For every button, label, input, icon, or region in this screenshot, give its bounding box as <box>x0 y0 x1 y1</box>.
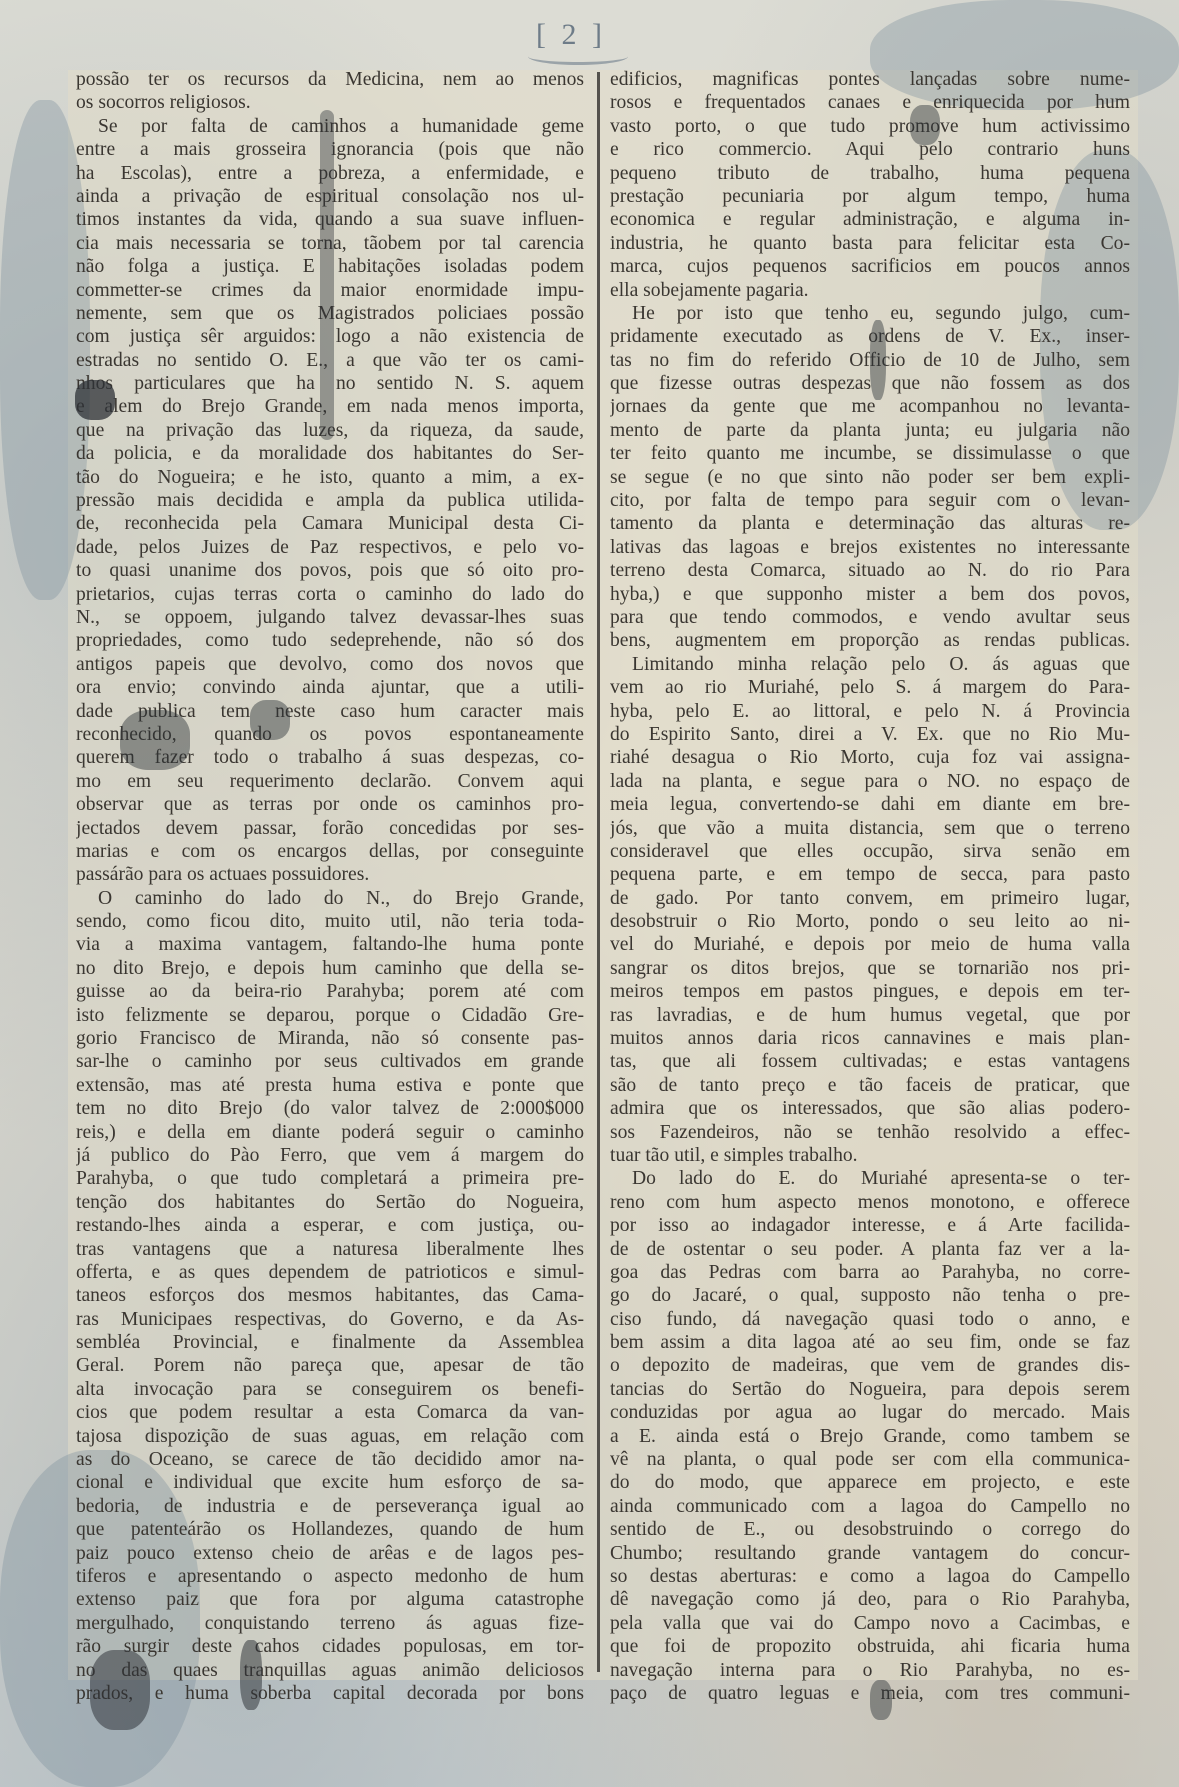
text-line: de de ostentar o seu poder. A planta faz… <box>610 1238 1130 1261</box>
text-line: gorio Francisco de Miranda, não só conse… <box>76 1027 584 1050</box>
text-line: guisse ao da beira-rio Parahyba; porem a… <box>76 980 584 1003</box>
text-line: mergulhado, conquistando terreno ás agua… <box>76 1612 584 1635</box>
text-line: rão surgir deste cahos cidades populosas… <box>76 1635 584 1658</box>
text-line: e rico commercio. Aqui pelo contrario hu… <box>610 138 1130 161</box>
text-line: admira que os interessados, que são alia… <box>610 1097 1130 1120</box>
text-line: que foi de propozito obstruida, ahi fica… <box>610 1635 1130 1658</box>
scanned-page: [ 2 ] possão ter os recursos da Medicina… <box>0 0 1179 1787</box>
text-line: mo em seu requerimento declarão. Convem … <box>76 770 584 793</box>
text-line: tiferos e apresentando o aspecto medonho… <box>76 1565 584 1588</box>
text-line: tajosa dispozição de suas aguas, em rela… <box>76 1425 584 1448</box>
text-line: dade, pelos Juizes de Paz respectivos, e… <box>76 536 584 559</box>
text-line: mento de parte da planta junta; eu julga… <box>610 419 1130 442</box>
text-line: para que tendo commodos, e vendo avultar… <box>610 606 1130 629</box>
text-line: reno com hum aspecto menos monotono, e o… <box>610 1191 1130 1214</box>
text-line: no dito Brejo, e depois hum caminho que … <box>76 957 584 980</box>
text-line: do Espirito Santo, direi a V. Ex. que no… <box>610 723 1130 746</box>
text-line: conduzidas por agua ao lugar do mercado.… <box>610 1401 1130 1424</box>
text-line: sos Fazendeiros, não se tenhão resolvido… <box>610 1121 1130 1144</box>
text-line: marca, cujos pequenos sacrificios em pou… <box>610 255 1130 278</box>
text-line: lativas das lagoas e brejos existentes n… <box>610 536 1130 559</box>
text-line: extenso paiz que fora por alguma catastr… <box>76 1588 584 1611</box>
text-line: hyba,) e que supponho mister a bem dos p… <box>610 583 1130 606</box>
ink-stain <box>250 700 290 740</box>
text-line: tras vantagens que a naturesa liberalmen… <box>76 1238 584 1261</box>
text-line: meiros tempos em pastos pingues, e depoi… <box>610 980 1130 1003</box>
text-line: vem ao rio Muriahé, pelo S. á margem do … <box>610 676 1130 699</box>
text-line: de gado. Por tanto convem, em primeiro l… <box>610 887 1130 910</box>
text-line: vê na planta, o qual pode ser com ella c… <box>610 1448 1130 1471</box>
text-line: dê navegação como já deo, para o Rio Par… <box>610 1588 1130 1611</box>
text-line: go do Jacaré, o qual, supposto não tenha… <box>610 1284 1130 1307</box>
text-line: tancias do Sertão do Nogueira, para depo… <box>610 1378 1130 1401</box>
text-line: alta invocação para se conseguirem os be… <box>76 1378 584 1401</box>
text-line: desobstruir o Rio Morto, pondo o seu lei… <box>610 910 1130 933</box>
column-divider <box>597 72 600 1672</box>
text-line: sentido de E., ou desobstruindo o correg… <box>610 1518 1130 1541</box>
text-line: taneos esforços dos mesmos habitantes, d… <box>76 1284 584 1307</box>
text-line: hyba, pelo E. ao littoral, e pelo N. á P… <box>610 700 1130 723</box>
ink-stain <box>90 1650 150 1730</box>
text-line: Do lado do E. do Muriahé apresenta-se o … <box>610 1167 1130 1190</box>
page-number: [ 2 ] <box>536 18 606 52</box>
text-line: muitos annos daria ricos cannavines e ma… <box>610 1027 1130 1050</box>
text-line: extensão, mas até presta huma estiva e p… <box>76 1074 584 1097</box>
text-line: já publico do Pào Ferro, que vem á marge… <box>76 1144 584 1167</box>
text-line: so destas aberturas: e como a lagoa do C… <box>610 1565 1130 1588</box>
text-line: O caminho do lado do N., do Brejo Grande… <box>76 887 584 910</box>
text-line: Geral. Porem não pareça que, apesar de t… <box>76 1354 584 1377</box>
text-line: offerta, e as ques dependem de patriotic… <box>76 1261 584 1284</box>
text-line: restando-lhes ainda a esperar, e com jus… <box>76 1214 584 1237</box>
text-line: rosos e frequentados canaes e enriquecid… <box>610 91 1130 114</box>
text-line: consideravel que elles occupão, sirva se… <box>610 840 1130 863</box>
text-line: N., se oppoem, julgando talvez devassar-… <box>76 606 584 629</box>
text-line: o depozito de madeiras, que vem de grand… <box>610 1354 1130 1377</box>
text-line: to quasi unanime dos povos, pois que só … <box>76 559 584 582</box>
text-line: antigos papeis que devolvo, como dos nov… <box>76 653 584 676</box>
text-line: tão do Nogueira; e he isto, quanto a mim… <box>76 466 584 489</box>
text-line: pequena parte, e em tempo de secca, para… <box>610 863 1130 886</box>
text-line: cional e individual que excite hum esfor… <box>76 1471 584 1494</box>
text-line: se segue (e no que sinto não poder ser b… <box>610 466 1130 489</box>
text-line: ainda communicado com a lagoa do Campell… <box>610 1495 1130 1518</box>
text-line: bens, augmentem em proporção as rendas p… <box>610 629 1130 652</box>
text-line: por isso ao indagador interesse, e á Art… <box>610 1214 1130 1237</box>
text-line: sendo, como ficou dito, muito util, não … <box>76 910 584 933</box>
text-line: são de tanto preço e tão faceis de prati… <box>610 1074 1130 1097</box>
text-line: paiz pouco extenso cheio de arêas e de l… <box>76 1542 584 1565</box>
text-line: pressão mais decidida e ampla da publica… <box>76 489 584 512</box>
text-line: passárão para os actuaes possuidores. <box>76 863 584 886</box>
text-line: da policia, e da moralidade dos habitant… <box>76 442 584 465</box>
ink-stain <box>870 320 886 400</box>
text-line: sangrar os ditos brejos, que se tornariã… <box>610 957 1130 980</box>
text-line: tenção dos habitantes do Sertão do Nogue… <box>76 1191 584 1214</box>
text-line: que patenteárão os Hollandezes, quando d… <box>76 1518 584 1541</box>
text-line: Limitando minha relação pelo O. ás aguas… <box>610 653 1130 676</box>
text-line: ella sobejamente pagaria. <box>610 279 1130 302</box>
text-line: isto felizmente se deparou, porque o Cid… <box>76 1004 584 1027</box>
text-line: jornaes da gente que me acompanhou no le… <box>610 395 1130 418</box>
text-line: tuar tão util, e simples trabalho. <box>610 1144 1130 1167</box>
text-line: riahé desagua o Rio Morto, cuja foz vai … <box>610 746 1130 769</box>
text-line: ras Municipaes respectivas, do Governo, … <box>76 1308 584 1331</box>
text-line: tem no dito Brejo (do valor talvez de 2:… <box>76 1097 584 1120</box>
ink-stain <box>320 110 334 440</box>
text-line: marias e com os encargos dellas, por con… <box>76 840 584 863</box>
text-line: edificios, magnificas pontes lançadas so… <box>610 68 1130 91</box>
ink-stain <box>75 380 115 420</box>
text-line: cito, por falta de tempo para seguir com… <box>610 489 1130 512</box>
text-line: pela valla que vai do Campo novo a Cacim… <box>610 1612 1130 1635</box>
text-line: sembléa Provincial, e finalmente da Asse… <box>76 1331 584 1354</box>
text-line: navegação interna para o Rio Parahyba, n… <box>610 1659 1130 1682</box>
text-line: jós, que vão a muita distancia, sem que … <box>610 817 1130 840</box>
text-line: a E. ainda está o Brejo Grande, como tam… <box>610 1425 1130 1448</box>
ink-stain <box>120 710 190 770</box>
text-line: no das quaes tranquillas aguas animão de… <box>76 1659 584 1682</box>
text-line: cios que podem resultar a esta Comarca d… <box>76 1401 584 1424</box>
text-line: ora envio; convindo ainda ajuntar, que a… <box>76 676 584 699</box>
text-line: ciso fundo, dá navegação quasi todo o an… <box>610 1308 1130 1331</box>
text-line: economica e regular administração, e alg… <box>610 208 1130 231</box>
text-line: observar que as terras por onde os camin… <box>76 793 584 816</box>
text-line: prestação pecuniaria por algum tempo, hu… <box>610 185 1130 208</box>
text-line: as do Oceano, se carece de tão decidido … <box>76 1448 584 1471</box>
text-line: terreno desta Comarca, situado ao N. do … <box>610 559 1130 582</box>
text-line: ter feito quanto me incumbe, se dissimul… <box>610 442 1130 465</box>
text-line: tamento da planta e determinação das alt… <box>610 512 1130 535</box>
text-line: vasto porto, o que tudo promove hum acti… <box>610 115 1130 138</box>
text-line: bem assim a dita lagoa até ao seu fim, o… <box>610 1331 1130 1354</box>
text-line: prietarios, cujas terras corta o caminho… <box>76 583 584 606</box>
text-line: bedoria, de industria e de perseverança … <box>76 1495 584 1518</box>
text-line: sar-lhe o caminho por seus cultivados em… <box>76 1050 584 1073</box>
text-line: meia legua, convertendo-se dahi em diant… <box>610 793 1130 816</box>
text-line: jectados devem passar, forão concedidas … <box>76 817 584 840</box>
text-line: propriedades, como tudo sedeprehende, nã… <box>76 629 584 652</box>
text-line: tas, que ali fossem cultivadas; e estas … <box>610 1050 1130 1073</box>
text-line: do do modo, que apparece em projecto, e … <box>610 1471 1130 1494</box>
text-line: reis,) e della em diante poderá seguir o… <box>76 1121 584 1144</box>
text-line: pequeno tributo de trabalho, huma pequen… <box>610 162 1130 185</box>
text-line: de, reconhecida pela Camara Municipal de… <box>76 512 584 535</box>
text-line: goa das Pedras com barra ao Parahyba, no… <box>610 1261 1130 1284</box>
text-line: Parahyba, o que tudo completará a primei… <box>76 1167 584 1190</box>
text-line: via a maxima vantagem, faltando-lhe huma… <box>76 933 584 956</box>
ink-stain <box>240 1640 262 1710</box>
text-line: lada na planta, e segue para o NO. no es… <box>610 770 1130 793</box>
ink-stain <box>910 105 940 145</box>
text-line: He por isto que tenho eu, segundo julgo,… <box>610 302 1130 325</box>
header-ornament <box>528 48 628 65</box>
ink-stain <box>870 1680 892 1720</box>
text-line: Chumbo; resultando grande vantagem do co… <box>610 1542 1130 1565</box>
right-column: edificios, magnificas pontes lançadas so… <box>610 68 1130 1705</box>
text-line: vel do Muriahé, e depois por meio de hum… <box>610 933 1130 956</box>
text-line: possão ter os recursos da Medicina, nem … <box>76 68 584 91</box>
text-line: prados, e huma soberba capital decorada … <box>76 1682 584 1705</box>
text-line: industria, he quanto basta para felicita… <box>610 232 1130 255</box>
text-line: ras lavradias, e de hum humus vegetal, q… <box>610 1004 1130 1027</box>
